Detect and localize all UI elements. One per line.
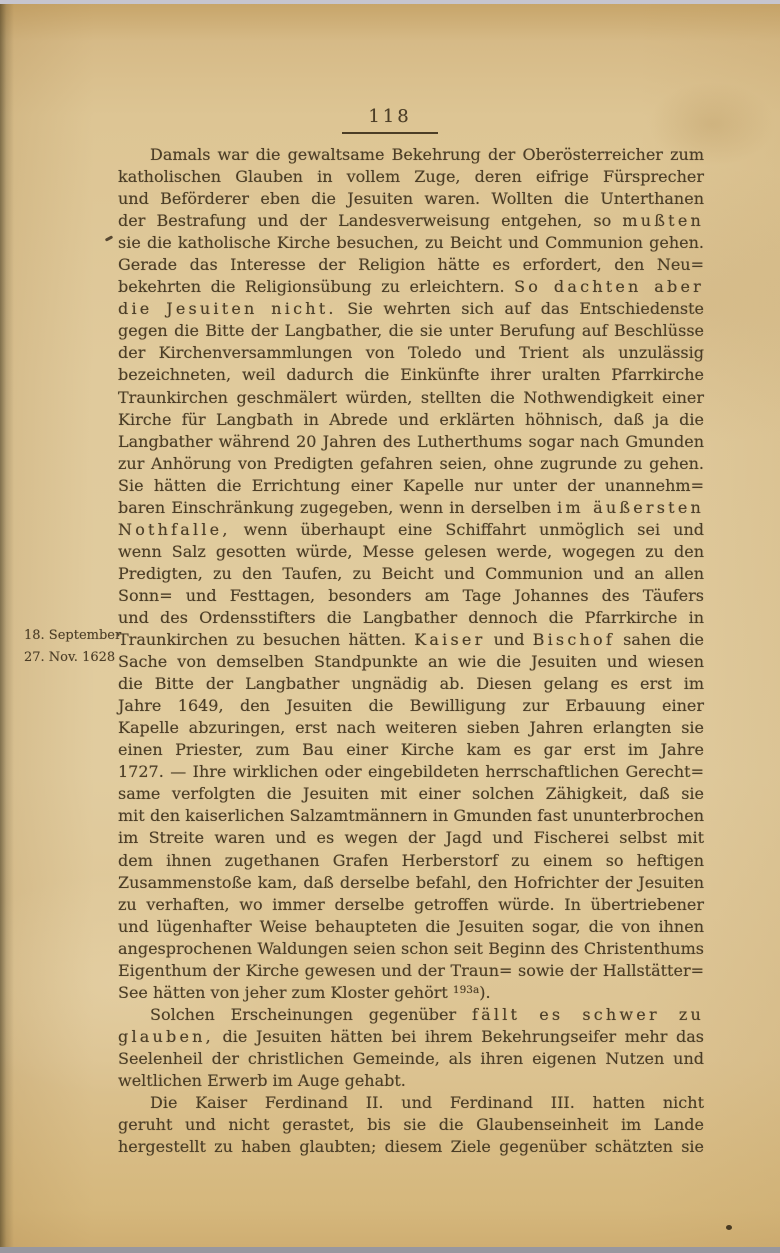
- paper-page: 118 18. September27. Nov. 1628 Damals wa…: [0, 4, 780, 1247]
- text-segment: Kaiser: [414, 630, 485, 649]
- text-segment: die Bitte der Langbather ungnädig ab. Di…: [118, 674, 704, 693]
- text-segment: ).: [479, 983, 490, 1002]
- text-line: wenn Salz gesotten würde, Messe gelesen …: [118, 541, 704, 563]
- text-line: mit den kaiserlichen Salzamtmännern in G…: [118, 805, 704, 827]
- text-segment: Sache von demselben Standpunkte an wie d…: [118, 652, 704, 671]
- scan-edge-bottom: [0, 1247, 780, 1253]
- text-line: Seelenheil der christlichen Gemeinde, al…: [118, 1048, 704, 1070]
- text-line: Sache von demselben Standpunkte an wie d…: [118, 651, 704, 673]
- text-line: zur Anhörung von Predigten gefahren seie…: [118, 453, 704, 475]
- text-line: Sonn= und Festtagen, besonders am Tage J…: [118, 585, 704, 607]
- text-segment: So dachten aber: [514, 277, 704, 296]
- text-segment: zur Anhörung von Predigten gefahren seie…: [118, 454, 704, 473]
- text-line: Damals war die gewaltsame Bekehrung der …: [118, 144, 704, 166]
- text-line: die Bitte der Langbather ungnädig ab. Di…: [118, 673, 704, 695]
- text-line: einen Priester, zum Bau einer Kirche kam…: [118, 739, 704, 761]
- text-segment: Solchen Erscheinungen gegenüber: [150, 1005, 472, 1024]
- text-segment: 1727. — Ihre wirklichen oder eingebildet…: [118, 762, 704, 781]
- text-segment: im äußersten: [557, 498, 704, 517]
- text-line: dem ihnen zugethanen Grafen Herberstorf …: [118, 850, 704, 872]
- text-segment: und Beförderer eben die Jesuiten waren. …: [118, 189, 704, 208]
- ink-speck: [726, 1225, 732, 1230]
- book-gutter-shadow: [0, 4, 14, 1247]
- text-segment: Die Kaiser Ferdinand II. und Ferdinand I…: [150, 1093, 704, 1112]
- text-line: 1727. — Ihre wirklichen oder eingebildet…: [118, 761, 704, 783]
- text-segment: Jahre 1649, den Jesuiten die Bewilligung…: [118, 696, 704, 715]
- text-line: Die Kaiser Ferdinand II. und Ferdinand I…: [118, 1092, 704, 1114]
- text-segment: sahen die: [615, 630, 704, 649]
- text-segment: Seelenheil der christlichen Gemeinde, al…: [118, 1049, 704, 1068]
- text-segment: wenn Salz gesotten würde, Messe gelesen …: [118, 542, 704, 561]
- text-line: im Streite waren und es wegen der Jagd u…: [118, 827, 704, 849]
- text-line: baren Einschränkung zugegeben, wenn in d…: [118, 497, 704, 519]
- text-segment: zu verhaften, wo immer derselbe getroffe…: [118, 895, 704, 914]
- text-line: bekehrten die Religionsübung zu erleicht…: [118, 276, 704, 298]
- text-segment: geruht und nicht gerastet, bis sie die G…: [118, 1115, 704, 1134]
- text-segment: katholischen Glauben in vollem Zuge, der…: [118, 167, 704, 186]
- text-segment: angesprochenen Waldungen seien schon sei…: [118, 939, 704, 958]
- text-line: weltlichen Erwerb im Auge gehabt.: [118, 1070, 704, 1092]
- text-line: geruht und nicht gerastet, bis sie die G…: [118, 1114, 704, 1136]
- text-segment: weltlichen Erwerb im Auge gehabt.: [118, 1071, 406, 1090]
- text-line: same verfolgten die Jesuiten mit einer s…: [118, 783, 704, 805]
- text-segment: bezeichneten, weil dadurch die Einkünfte…: [118, 365, 704, 384]
- text-line: Kirche für Langbath in Abrede und erklär…: [118, 409, 704, 431]
- footnote-marker: 193a: [453, 984, 479, 996]
- text-line: und Beförderer eben die Jesuiten waren. …: [118, 188, 704, 210]
- text-segment: die Jesuiten nicht.: [118, 299, 337, 318]
- text-line: Langbather während 20 Jahren des Luthert…: [118, 431, 704, 453]
- page-header: 118: [0, 106, 780, 134]
- text-line: Sie hätten die Errichtung einer Kapelle …: [118, 475, 704, 497]
- text-line: und des Ordensstifters die Langbather de…: [118, 607, 704, 629]
- text-segment: die Jesuiten hätten bei ihrem Bekehrungs…: [214, 1027, 704, 1046]
- text-segment: wenn überhaupt eine Schiffahrt unmöglich…: [231, 520, 704, 539]
- text-segment: Traunkirchen zu besuchen hätten.: [118, 630, 414, 649]
- text-segment: bekehrten die Religionsübung zu erleicht…: [118, 277, 514, 296]
- text-segment: hergestellt zu haben glaubten; diesem Zi…: [118, 1137, 704, 1156]
- text-segment: baren Einschränkung zugegeben, wenn in d…: [118, 498, 557, 517]
- text-segment: Traunkirchen geschmälert würden, stellte…: [118, 388, 704, 407]
- text-line: katholischen Glauben in vollem Zuge, der…: [118, 166, 704, 188]
- text-line: Solchen Erscheinungen gegenüber fällt es…: [118, 1004, 704, 1026]
- quote-mark-artifact: [105, 235, 113, 241]
- text-segment: Damals war die gewaltsame Bekehrung der …: [150, 145, 704, 164]
- text-line: die Jesuiten nicht. Sie wehrten sich auf…: [118, 298, 704, 320]
- text-line: Gerade das Interesse der Religion hätte …: [118, 254, 704, 276]
- text-segment: und: [485, 630, 532, 649]
- text-segment: Langbather während 20 Jahren des Luthert…: [118, 432, 704, 451]
- text-line: bezeichneten, weil dadurch die Einkünfte…: [118, 364, 704, 386]
- text-segment: Gerade das Interesse der Religion hätte …: [118, 255, 704, 274]
- text-line: und lügenhafter Weise behaupteten die Je…: [118, 916, 704, 938]
- text-segment: der Bestrafung und der Landesverweisung …: [118, 211, 622, 230]
- page-number: 118: [342, 106, 437, 134]
- text-segment: See hätten von jeher zum Kloster gehört: [118, 983, 453, 1002]
- text-line: Traunkirchen geschmälert würden, stellte…: [118, 387, 704, 409]
- text-segment: einen Priester, zum Bau einer Kirche kam…: [118, 740, 704, 759]
- text-line: See hätten von jeher zum Kloster gehört …: [118, 982, 704, 1004]
- margin-note-date: 27. Nov. 1628: [24, 647, 115, 669]
- text-segment: mit den kaiserlichen Salzamtmännern in G…: [118, 806, 704, 825]
- text-segment: Predigten, zu den Taufen, zu Beicht und …: [118, 564, 704, 583]
- text-line: hergestellt zu haben glaubten; diesem Zi…: [118, 1136, 704, 1158]
- text-segment: und des Ordensstifters die Langbather de…: [118, 608, 704, 627]
- text-segment: gegen die Bitte der Langbather, die sie …: [118, 321, 704, 340]
- text-segment: Sie hätten die Errichtung einer Kapelle …: [118, 476, 704, 495]
- text-line: Predigten, zu den Taufen, zu Beicht und …: [118, 563, 704, 585]
- text-segment: same verfolgten die Jesuiten mit einer s…: [118, 784, 704, 803]
- text-segment: Bischof: [533, 630, 615, 649]
- text-segment: und lügenhafter Weise behaupteten die Je…: [118, 917, 704, 936]
- text-segment: Sonn= und Festtagen, besonders am Tage J…: [118, 586, 704, 605]
- body-text: Damals war die gewaltsame Bekehrung der …: [118, 144, 704, 1158]
- text-segment: Kirche für Langbath in Abrede und erklär…: [118, 410, 704, 429]
- text-segment: fällt es schwer zu: [472, 1005, 704, 1024]
- text-line: Nothfalle, wenn überhaupt eine Schiffahr…: [118, 519, 704, 541]
- text-line: Traunkirchen zu besuchen hätten. Kaiser …: [118, 629, 704, 651]
- text-line: sie die katholische Kirche besuchen, zu …: [118, 232, 704, 254]
- text-line: gegen die Bitte der Langbather, die sie …: [118, 320, 704, 342]
- margin-note-date: 18. September: [24, 625, 121, 647]
- text-segment: dem ihnen zugethanen Grafen Herberstorf …: [118, 851, 704, 870]
- text-line: der Bestrafung und der Landesverweisung …: [118, 210, 704, 232]
- text-line: Jahre 1649, den Jesuiten die Bewilligung…: [118, 695, 704, 717]
- text-line: angesprochenen Waldungen seien schon sei…: [118, 938, 704, 960]
- text-segment: Zusammenstoße kam, daß derselbe befahl, …: [118, 873, 704, 892]
- text-line: Zusammenstoße kam, daß derselbe befahl, …: [118, 872, 704, 894]
- text-segment: der Kirchenversammlungen von Toledo und …: [118, 343, 704, 362]
- text-segment: mußten: [622, 211, 704, 230]
- text-line: der Kirchenversammlungen von Toledo und …: [118, 342, 704, 364]
- text-segment: Eigenthum der Kirche gewesen und der Tra…: [118, 961, 704, 980]
- text-segment: Nothfalle,: [118, 520, 231, 539]
- text-line: Kapelle abzuringen, erst nach weiteren s…: [118, 717, 704, 739]
- text-line: zu verhaften, wo immer derselbe getroffe…: [118, 894, 704, 916]
- text-segment: im Streite waren und es wegen der Jagd u…: [118, 828, 704, 847]
- text-line: Eigenthum der Kirche gewesen und der Tra…: [118, 960, 704, 982]
- text-segment: Kapelle abzuringen, erst nach weiteren s…: [118, 718, 704, 737]
- text-segment: sie die katholische Kirche besuchen, zu …: [118, 233, 704, 252]
- text-segment: glauben,: [118, 1027, 214, 1046]
- text-segment: Sie wehrten sich auf das Entschiedenste: [337, 299, 704, 318]
- text-line: glauben, die Jesuiten hätten bei ihrem B…: [118, 1026, 704, 1048]
- scan-edge-top: [0, 0, 780, 4]
